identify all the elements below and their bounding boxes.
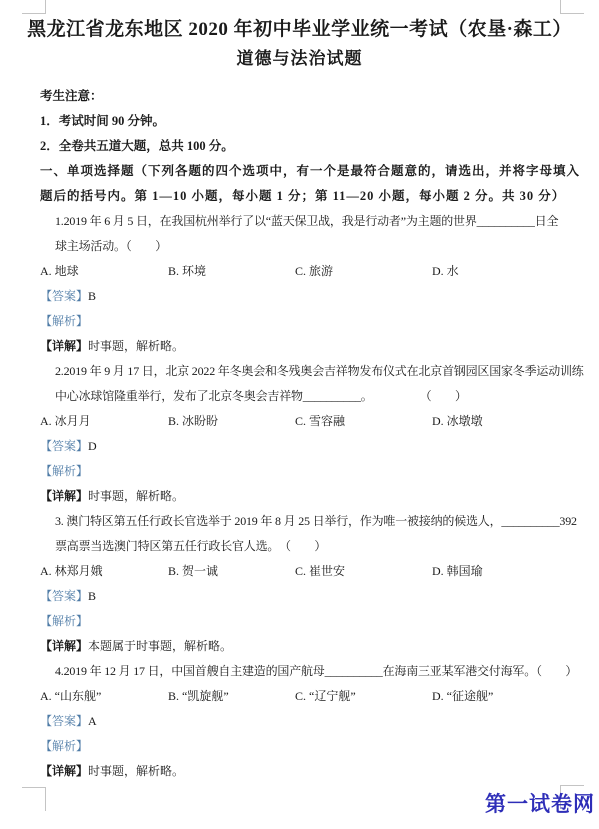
answer-label: 【答案】 xyxy=(40,714,88,728)
question-2-option-c: C. 雪容融 xyxy=(295,409,432,434)
question-1-answer-line: 【答案】B xyxy=(40,284,595,309)
watermark-site-logo: 第一试卷网 xyxy=(485,791,595,818)
question-3-analysis-line: 【解析】 xyxy=(40,609,595,634)
exam-body: 考生注意： 1．考试时间 90 分钟。 2．全卷共五道大题，总共 100 分。 … xyxy=(0,74,599,784)
question-4-detail-text: 时事题，解析略。 xyxy=(88,764,184,778)
question-3-detail-text: 本题属于时事题，解析略。 xyxy=(88,639,232,653)
detail-label: 【详解】 xyxy=(40,489,88,503)
detail-label: 【详解】 xyxy=(40,764,88,778)
question-4-answer-value: A xyxy=(88,714,97,728)
question-1-analysis-line: 【解析】 xyxy=(40,309,595,334)
question-2-option-d: D. 冰墩墩 xyxy=(432,409,595,434)
question-4-option-d: D. “征途舰” xyxy=(432,684,595,709)
notice-item-1: 1．考试时间 90 分钟。 xyxy=(40,109,595,134)
section-heading-line-1: 一、单项选择题（下列各题的四个选项中，有一个是最符合题意的，请选出，并将字母填入 xyxy=(40,159,595,184)
section-heading-line-2: 题后的括号内。第 1—10 小题，每小题 1 分；第 11—20 小题，每小题 … xyxy=(40,184,595,209)
question-4-analysis-line: 【解析】 xyxy=(40,734,595,759)
question-1-text-line-1: 1.2019 年 6 月 5 日，在我国杭州举行了以“蓝天保卫战，我是行动者”为… xyxy=(55,209,595,234)
question-1-detail-text: 时事题，解析略。 xyxy=(88,339,184,353)
page-corner-mark-top-right xyxy=(560,0,584,14)
question-1-text-line-2: 球主场活动。（ ） xyxy=(55,234,595,259)
page-corner-mark-top-left xyxy=(22,0,46,14)
page-corner-mark-bottom-left xyxy=(22,787,46,811)
question-4-answer-line: 【答案】A xyxy=(40,709,595,734)
question-3-text-line-1: 3. 澳门特区第五任行政长官选举于 2019 年 8 月 25 日举行，作为唯一… xyxy=(55,509,595,534)
question-2-options: A. 冰月月 B. 冰盼盼 C. 雪容融 D. 冰墩墩 xyxy=(40,409,595,434)
answer-label: 【答案】 xyxy=(40,589,88,603)
question-3-text-line-2: 票高票当选澳门特区第五任行政长官人选。 （ ） xyxy=(55,534,595,559)
question-4-option-c: C. “辽宁舰” xyxy=(295,684,432,709)
question-3-option-c: C. 崔世安 xyxy=(295,559,432,584)
question-3-option-d: D. 韩国瑜 xyxy=(432,559,595,584)
question-4-text-line-1: 4.2019 年 12 月 17 日，中国首艘自主建造的国产航母________… xyxy=(55,659,595,684)
question-3-detail-line: 【详解】本题属于时事题，解析略。 xyxy=(40,634,595,659)
question-1-option-b: B. 环境 xyxy=(168,259,295,284)
question-1-option-d: D. 水 xyxy=(432,259,595,284)
question-4-detail-line: 【详解】时事题，解析略。 xyxy=(40,759,595,784)
notice-heading: 考生注意： xyxy=(40,84,595,109)
question-1-detail-line: 【详解】时事题，解析略。 xyxy=(40,334,595,359)
question-4-option-b: B. “凯旋舰” xyxy=(168,684,295,709)
answer-label: 【答案】 xyxy=(40,439,88,453)
question-1-answer-value: B xyxy=(88,289,96,303)
question-1-options: A. 地球 B. 环境 C. 旅游 D. 水 xyxy=(40,259,595,284)
analysis-label: 【解析】 xyxy=(40,614,88,628)
question-2-option-a: A. 冰月月 xyxy=(40,409,168,434)
question-2-detail-text: 时事题，解析略。 xyxy=(88,489,184,503)
answer-label: 【答案】 xyxy=(40,289,88,303)
question-3-option-a: A. 林郑月娥 xyxy=(40,559,168,584)
question-4-options: A. “山东舰” B. “凯旋舰” C. “辽宁舰” D. “征途舰” xyxy=(40,684,595,709)
question-2-answer-line: 【答案】D xyxy=(40,434,595,459)
exam-paper-page: 黑龙江省龙东地区 2020 年初中毕业学业统一考试（农垦·森工） 道德与法治试题… xyxy=(0,0,599,829)
question-1-option-c: C. 旅游 xyxy=(295,259,432,284)
question-3-answer-value: B xyxy=(88,589,96,603)
detail-label: 【详解】 xyxy=(40,339,88,353)
exam-title: 黑龙江省龙东地区 2020 年初中毕业学业统一考试（农垦·森工） xyxy=(0,0,599,44)
question-3-option-b: B. 贺一诚 xyxy=(168,559,295,584)
question-2-detail-line: 【详解】时事题，解析略。 xyxy=(40,484,595,509)
question-3-answer-line: 【答案】B xyxy=(40,584,595,609)
question-2-text-line-2: 中心冰球馆隆重举行，发布了北京冬奥会吉祥物__________。 （ ） xyxy=(55,384,595,409)
question-3-options: A. 林郑月娥 B. 贺一诚 C. 崔世安 D. 韩国瑜 xyxy=(40,559,595,584)
analysis-label: 【解析】 xyxy=(40,314,88,328)
question-2-text-line-1: 2.2019 年 9 月 17 日，北京 2022 年冬奥会和冬残奥会吉祥物发布… xyxy=(55,359,595,384)
analysis-label: 【解析】 xyxy=(40,739,88,753)
analysis-label: 【解析】 xyxy=(40,464,88,478)
question-1-option-a: A. 地球 xyxy=(40,259,168,284)
notice-item-2: 2．全卷共五道大题，总共 100 分。 xyxy=(40,134,595,159)
question-4-option-a: A. “山东舰” xyxy=(40,684,168,709)
question-2-analysis-line: 【解析】 xyxy=(40,459,595,484)
exam-subtitle: 道德与法治试题 xyxy=(0,44,599,74)
question-2-answer-value: D xyxy=(88,439,97,453)
question-2-option-b: B. 冰盼盼 xyxy=(168,409,295,434)
detail-label: 【详解】 xyxy=(40,639,88,653)
